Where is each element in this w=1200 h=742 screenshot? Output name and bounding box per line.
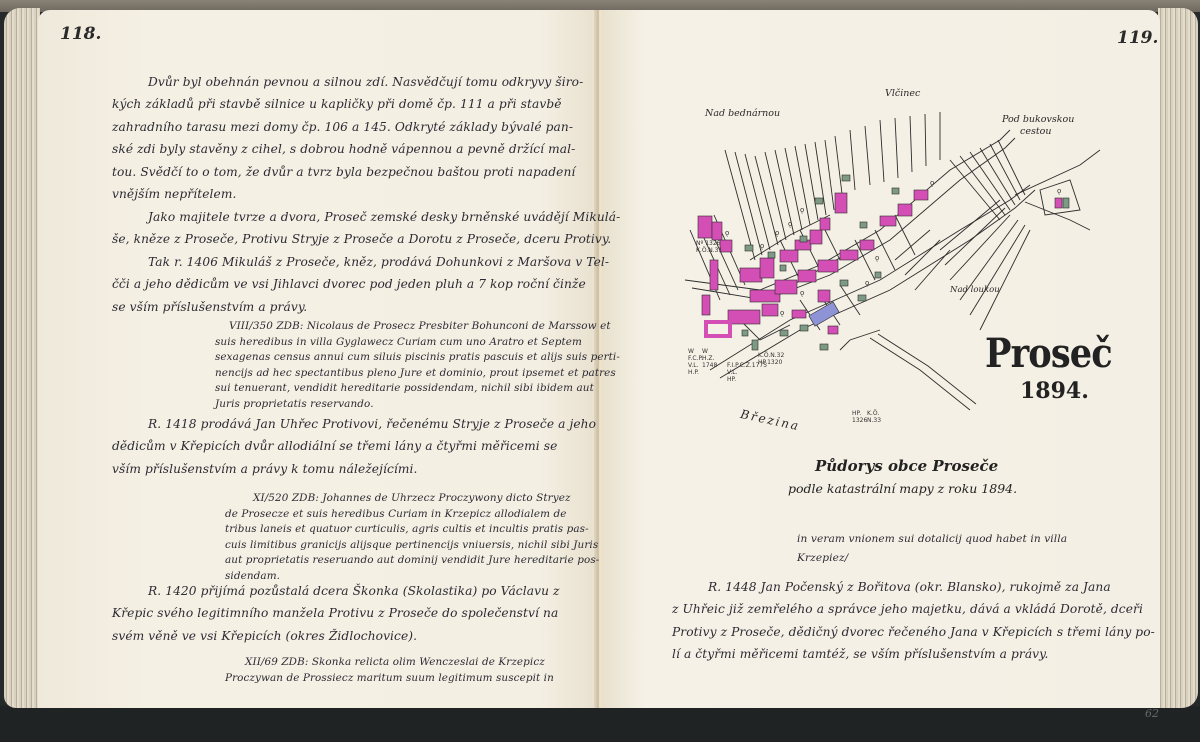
text-line: Tak r. 1406 Mikuláš z Proseče, kněz, pro… xyxy=(112,251,609,273)
text-line: zahradního tarasu mezi domy čp. 106 a 14… xyxy=(112,116,583,138)
paragraph-owners: Jako majitele tvrze a dvora, Proseč zems… xyxy=(112,206,620,251)
text-line: lí a čtyřmi měřicemi tamtéž, se vším pří… xyxy=(672,643,1155,665)
text-line: Dvůr byl obehnán pevnou a silnou zdí. Na… xyxy=(112,71,583,93)
text-line: sexagenas census annui cum siluis piscin… xyxy=(215,350,620,366)
text-line: Krzepiez/ xyxy=(797,549,1067,568)
book-cover-bottom xyxy=(0,706,1200,742)
map-year: 1894. xyxy=(1020,378,1089,404)
paragraph-1420-skonka: R. 1420 přijímá pozůstalá dcera Škonka (… xyxy=(112,580,560,647)
map-label-nad-bednarnou: Nad bednárnou xyxy=(705,108,780,119)
survey-mark: Nº 1326 K.Ö.N.31 xyxy=(696,240,722,254)
text-line: R. 1448 Jan Počenský z Bořitova (okr. Bl… xyxy=(672,576,1155,598)
church-building xyxy=(809,302,839,326)
text-line: aut proprietatis reseruando aut dominij … xyxy=(225,553,599,569)
text-line: sui tenuerant, vendidit hereditarie poss… xyxy=(215,381,620,397)
survey-mark: K.Ö. N.33 xyxy=(867,410,881,424)
text-line: cuis limitibus granicijs alijsque pertin… xyxy=(225,538,599,554)
text-line: R. 1418 prodává Jan Uhřec Protivovi, řeč… xyxy=(112,413,596,435)
map-title: Proseč xyxy=(985,330,1112,377)
latin-quote-1420: XII/69 ZDB: Skonka relicta olim Wenczesl… xyxy=(225,655,554,686)
text-line: se vším příslušenstvím a právy. xyxy=(112,296,609,318)
latin-quote-continuation: in veram vnionem sui dotalicij quod habe… xyxy=(797,530,1067,568)
text-line: tribus laneis et quatuor curticulis, agr… xyxy=(225,522,599,538)
text-line: z Uhřeic již zemřelého a správce jeho ma… xyxy=(672,598,1155,620)
text-line: Juris proprietatis reservando. xyxy=(215,397,620,413)
map-caption-title: Půdorys obce Proseče xyxy=(815,457,998,475)
latin-quote-1418: XI/520 ZDB: Johannes de Uhrzecz Proczywo… xyxy=(225,491,599,585)
svg-text:ǫ: ǫ xyxy=(760,242,764,250)
pencil-folio-number: 62 xyxy=(1145,707,1159,720)
svg-text:ǫ: ǫ xyxy=(800,289,804,297)
paragraph-1406-sale: Tak r. 1406 Mikuláš z Proseče, kněz, pro… xyxy=(112,251,609,318)
survey-mark: W H.Z. 1748 xyxy=(702,348,717,369)
text-line: Křepic svého legitimního manžela Protivu… xyxy=(112,602,560,624)
page-edges-right xyxy=(1158,8,1198,708)
text-line: XI/520 ZDB: Johannes de Uhrzecz Proczywo… xyxy=(225,491,599,507)
text-line: Proczywan de Prossiecz maritum suum legi… xyxy=(225,671,554,687)
survey-mark: W F.C.P. V.L. H.P. xyxy=(688,348,703,376)
survey-mark: HP. 1326 xyxy=(852,410,867,424)
svg-text:ǫ: ǫ xyxy=(875,254,879,262)
survey-mark: K.Ö.N.32 HP.1320 xyxy=(758,352,784,366)
svg-text:ǫ: ǫ xyxy=(1057,187,1061,195)
paragraph-wall-foundations: Dvůr byl obehnán pevnou a silnou zdí. Na… xyxy=(112,71,583,205)
field-strips-east xyxy=(895,140,1030,330)
text-line: vším příslušenstvím a právy k tomu nálež… xyxy=(112,458,596,480)
svg-text:ǫ: ǫ xyxy=(930,179,934,187)
map-label-pod-bukovskou: Pod bukovskou xyxy=(1002,114,1074,125)
map-label-vlcinec: Vlčinec xyxy=(885,88,920,99)
text-line: dědicům v Křepicích dvůr allodiální se t… xyxy=(112,435,596,457)
text-line: VIII/350 ZDB: Nicolaus de Prosecz Presbi… xyxy=(215,319,620,335)
svg-text:ǫ: ǫ xyxy=(775,229,779,237)
text-line: Jako majitele tvrze a dvora, Proseč zems… xyxy=(112,206,620,228)
text-line: ské zdi byly stavěny z cihel, s dobrou h… xyxy=(112,138,583,160)
page-edges-left xyxy=(4,8,40,708)
text-line: Protivy z Proseče, dědičný dvorec řečené… xyxy=(672,621,1155,643)
text-line: še, kněze z Proseče, Protivu Stryje z Pr… xyxy=(112,228,620,250)
text-line: suis heredibus in villa Gyglawecz Curiam… xyxy=(215,335,620,351)
map-label-cestou: cestou xyxy=(1020,126,1051,137)
svg-text:ǫ: ǫ xyxy=(788,220,792,228)
right-page-number: 119. xyxy=(1117,28,1158,48)
map-caption-subtitle: podle katastrální mapy z roku 1894. xyxy=(788,481,1017,496)
text-line: vnějším nepřítelem. xyxy=(112,183,583,205)
text-line: de Prosecze et suis heredibus Curiam in … xyxy=(225,507,599,523)
latin-quote-1406: VIII/350 ZDB: Nicolaus de Prosecz Presbi… xyxy=(215,319,620,413)
text-line: svém věně ve vsi Křepicích (okres Židloc… xyxy=(112,625,560,647)
text-line: R. 1420 přijímá pozůstalá dcera Škonka (… xyxy=(112,580,560,602)
paragraph-1448-pocensky: R. 1448 Jan Počenský z Bořitova (okr. Bl… xyxy=(672,576,1155,666)
svg-text:ǫ: ǫ xyxy=(865,279,869,287)
text-line: XII/69 ZDB: Skonka relicta olim Wenczesl… xyxy=(225,655,554,671)
text-line: čči a jeho dědicům ve vsi Jihlavci dvore… xyxy=(112,273,609,295)
stone-buildings xyxy=(698,190,1062,336)
paragraph-1418-sale: R. 1418 prodává Jan Uhřec Protivovi, řeč… xyxy=(112,413,596,480)
text-line: kých základů při stavbě silnice u kaplič… xyxy=(112,93,583,115)
map-label-nad-loukou: Nad loukou xyxy=(950,285,1000,295)
svg-text:ǫ: ǫ xyxy=(800,206,804,214)
left-page-number: 118. xyxy=(60,24,101,44)
text-line: in veram vnionem sui dotalicij quod habe… xyxy=(797,530,1067,549)
svg-text:ǫ: ǫ xyxy=(725,229,729,237)
text-line: nencijs ad hec spectantibus pleno Jure e… xyxy=(215,366,620,382)
text-line: tou. Svědčí to o tom, že dvůr a tvrz byl… xyxy=(112,161,583,183)
svg-text:ǫ: ǫ xyxy=(780,309,784,317)
